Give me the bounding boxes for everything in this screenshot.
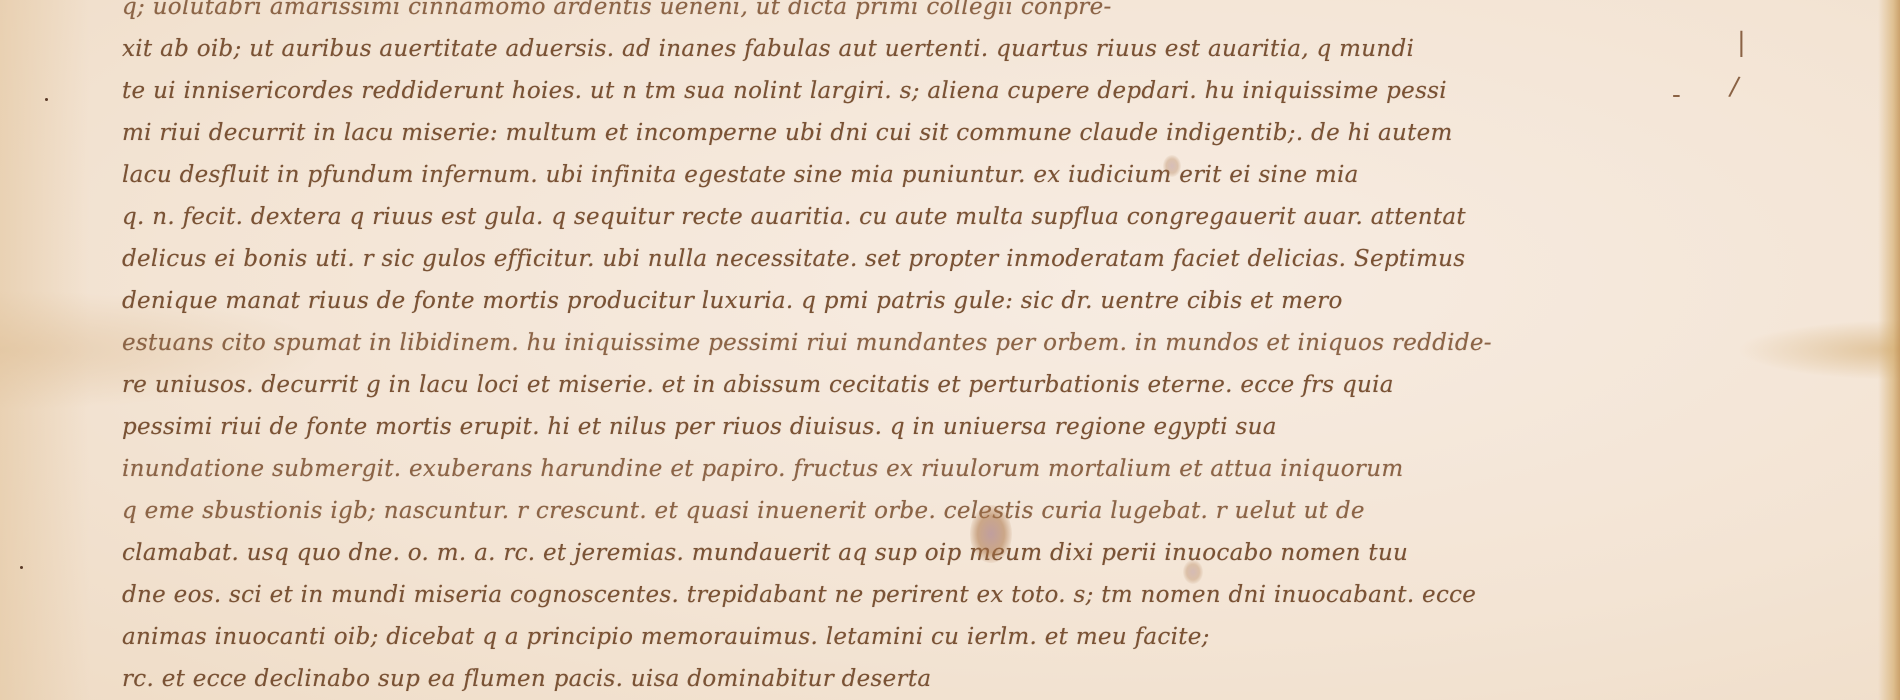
small-stain xyxy=(1183,560,1203,584)
manuscript-line: inundatione submergit. exuberans harundi… xyxy=(122,448,1682,490)
manuscript-line: estuans cito spumat in libidinem. hu ini… xyxy=(122,322,1682,364)
margin-dot xyxy=(45,98,48,101)
manuscript-line: delicus ei bonis uti. r sic gulos effici… xyxy=(122,238,1682,280)
manuscript-line: mi riui decurrit in lacu miserie: multum… xyxy=(122,112,1682,154)
manuscript-page: q; uolutabri amarissimi cinnamomo ardent… xyxy=(0,0,1900,700)
manuscript-line: lacu desfluit in pfundum infernum. ubi i… xyxy=(122,154,1682,196)
page-left-edge-shading xyxy=(0,0,90,700)
margin-dot xyxy=(20,566,23,569)
manuscript-line: q; uolutabri amarissimi cinnamomo ardent… xyxy=(122,0,1682,28)
manuscript-text-block: q; uolutabri amarissimi cinnamomo ardent… xyxy=(122,0,1682,700)
manuscript-line: pessimi riui de fonte mortis erupit. hi … xyxy=(122,406,1682,448)
manuscript-line: xit ab oib; ut auribus auertitate aduers… xyxy=(122,28,1682,70)
manuscript-line: denique manat riuus de fonte mortis prod… xyxy=(122,280,1682,322)
manuscript-line: animas inuocanti oib; dicebat q a princi… xyxy=(122,616,1682,658)
manuscript-line: clamabat. usq quo dne. o. m. a. rc. et j… xyxy=(122,532,1682,574)
manuscript-line: q eme sbustionis igb; nascuntur. r cresc… xyxy=(122,490,1682,532)
small-stain xyxy=(1163,155,1181,177)
margin-mark: | xyxy=(1737,28,1746,58)
margin-mark: - xyxy=(1672,80,1681,110)
manuscript-line: rc. et ecce declinabo sup ea flumen paci… xyxy=(122,658,1682,700)
manuscript-line: re uniusos. decurrit g in lacu loci et m… xyxy=(122,364,1682,406)
margin-mark: / xyxy=(1727,71,1741,102)
manuscript-line: q. n. fecit. dextera q riuus est gula. q… xyxy=(122,196,1682,238)
manuscript-line: dne eos. sci et in mundi miseria cognosc… xyxy=(122,574,1682,616)
ink-blot-stain xyxy=(970,505,1012,563)
manuscript-line: te ui innisericordes reddiderunt hoies. … xyxy=(122,70,1682,112)
page-right-edge-shading xyxy=(1878,0,1900,700)
